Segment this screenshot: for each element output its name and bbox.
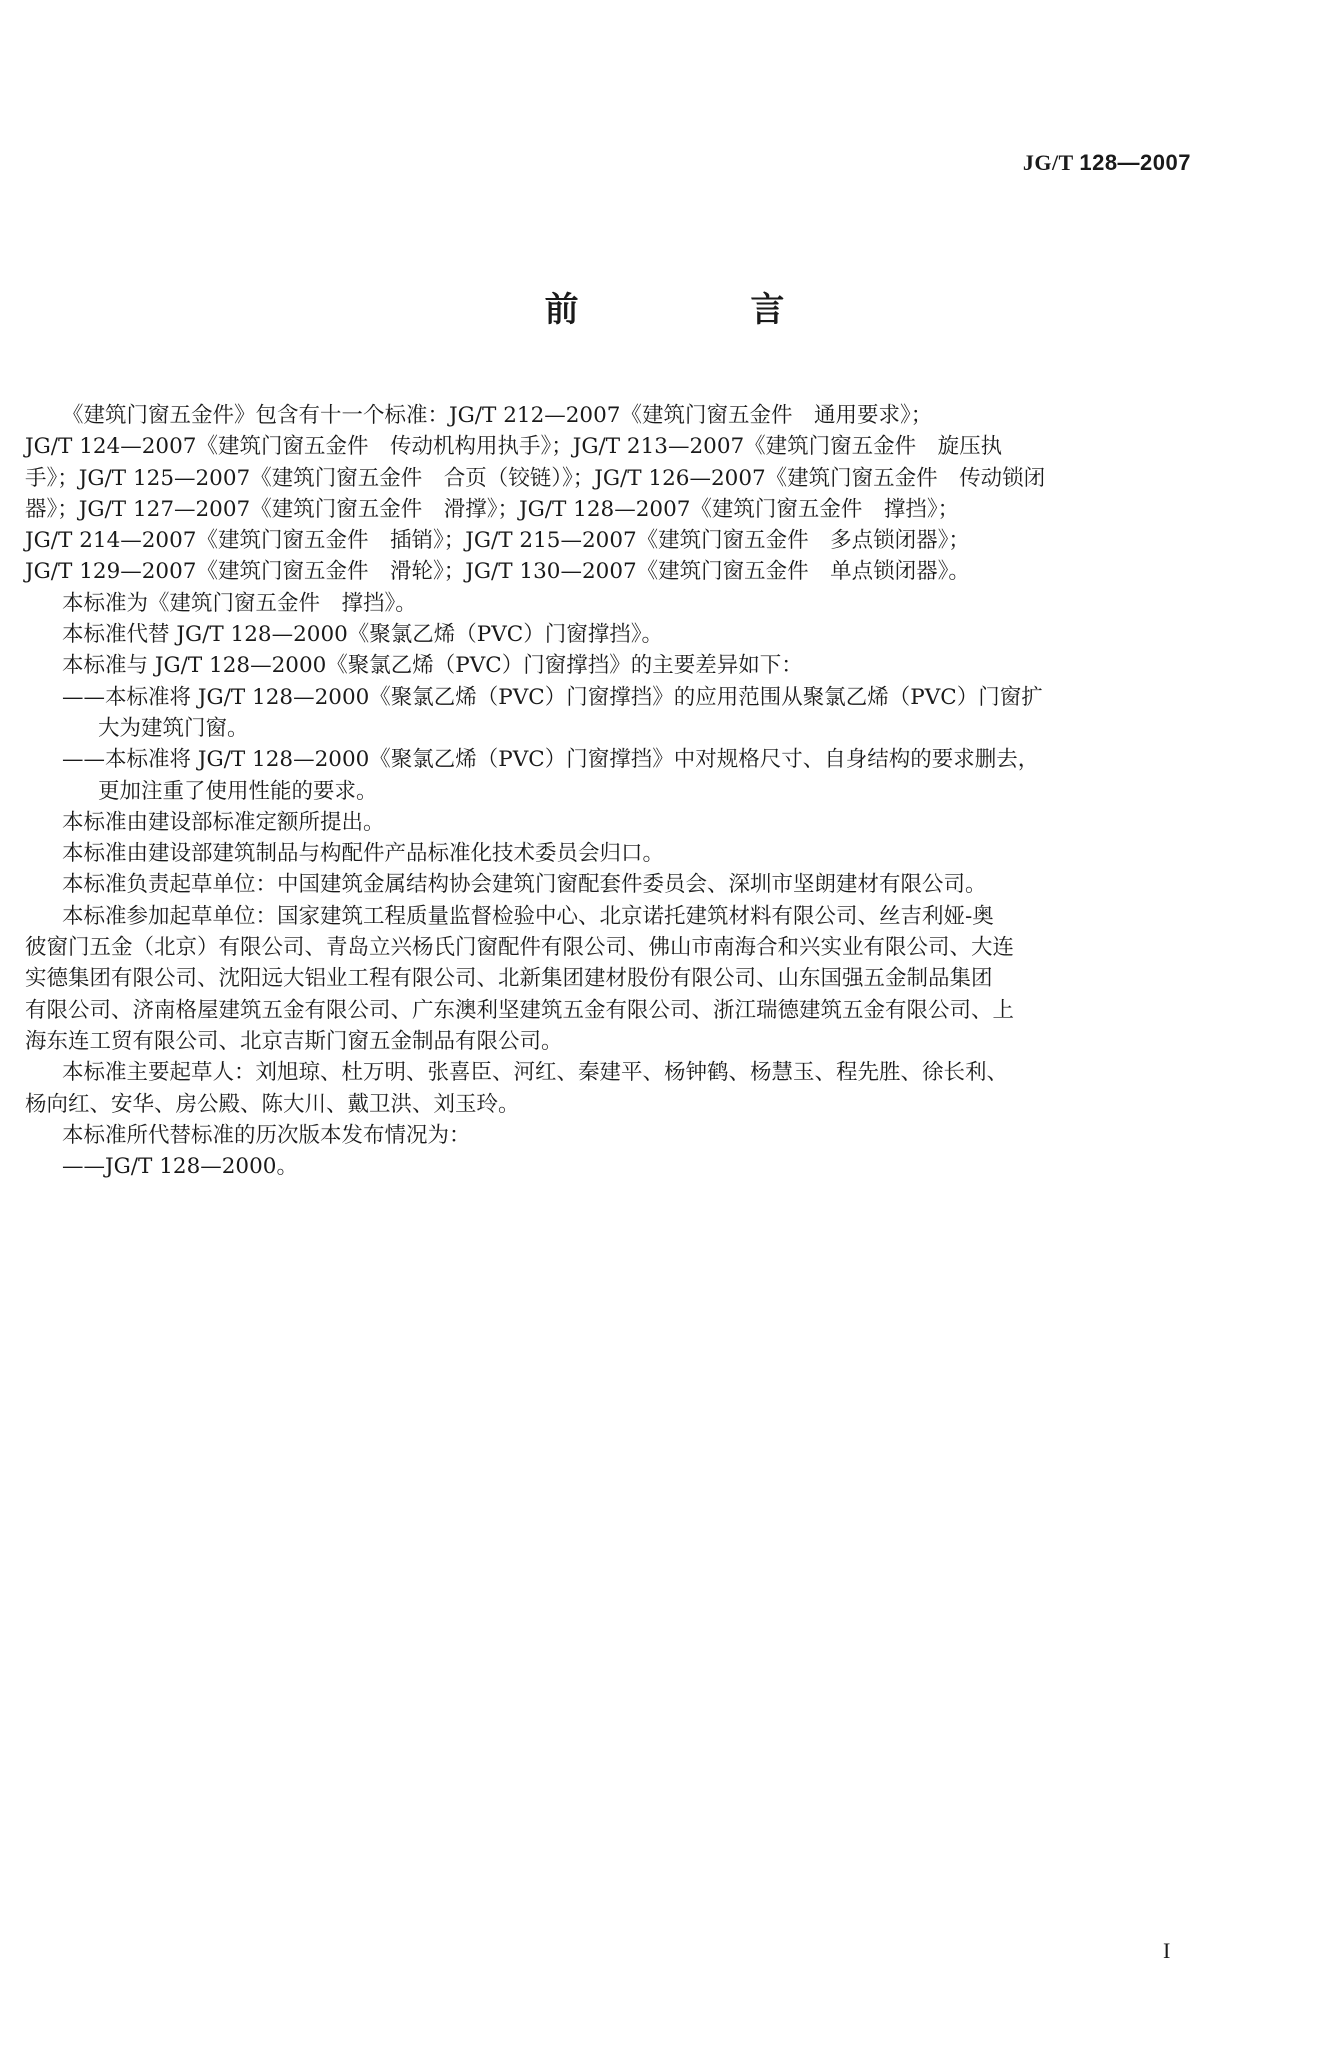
text-line: JG/T 129—2007《建筑门窗五金件 滑轮》；JG/T 130—2007《… bbox=[25, 556, 1193, 587]
paragraph: 本标准为《建筑门窗五金件 撑挡》。 bbox=[25, 588, 1193, 619]
foreword-body: 《建筑门窗五金件》包含有十一个标准：JG/T 212—2007《建筑门窗五金件 … bbox=[25, 400, 1193, 1182]
list-item: ——本标准将 JG/T 128—2000《聚氯乙烯（PVC）门窗撑挡》的应用范围… bbox=[25, 682, 1193, 713]
text-line: 《建筑门窗五金件》包含有十一个标准：JG/T 212—2007《建筑门窗五金件 … bbox=[25, 400, 1193, 431]
text-line: 实德集团有限公司、沈阳远大铝业工程有限公司、北新集团建材股份有限公司、山东国强五… bbox=[25, 963, 1193, 994]
text-line: 海东连工贸有限公司、北京吉斯门窗五金制品有限公司。 bbox=[25, 1026, 1193, 1057]
paragraph: 本标准所代替标准的历次版本发布情况为： bbox=[25, 1120, 1193, 1151]
text-line: 彼窗门五金（北京）有限公司、青岛立兴杨氏门窗配件有限公司、佛山市南海合和兴实业有… bbox=[25, 932, 1193, 963]
list-item-continuation: 更加注重了使用性能的要求。 bbox=[25, 776, 1193, 807]
list-item: ——JG/T 128—2000。 bbox=[25, 1151, 1193, 1182]
text-line: JG/T 124—2007《建筑门窗五金件 传动机构用执手》；JG/T 213—… bbox=[25, 431, 1193, 462]
text-line: 本标准参加起草单位：国家建筑工程质量监督检验中心、北京诺托建筑材料有限公司、丝吉… bbox=[25, 901, 1193, 932]
text-line: JG/T 214—2007《建筑门窗五金件 插销》；JG/T 215—2007《… bbox=[25, 525, 1193, 556]
page-title: 前 言 bbox=[0, 282, 1329, 331]
list-item: ——本标准将 JG/T 128—2000《聚氯乙烯（PVC）门窗撑挡》中对规格尺… bbox=[25, 744, 1193, 775]
text-line: 器》；JG/T 127—2007《建筑门窗五金件 滑撑》；JG/T 128—20… bbox=[25, 494, 1193, 525]
paragraph: 本标准负责起草单位：中国建筑金属结构协会建筑门窗配套件委员会、深圳市坚朗建材有限… bbox=[25, 869, 1193, 900]
page-number: I bbox=[1163, 1938, 1170, 1964]
list-item-continuation: 大为建筑门窗。 bbox=[25, 713, 1193, 744]
paragraph: 本标准代替 JG/T 128—2000《聚氯乙烯（PVC）门窗撑挡》。 bbox=[25, 619, 1193, 650]
text-line: 有限公司、济南格屋建筑五金有限公司、广东澳利坚建筑五金有限公司、浙江瑞德建筑五金… bbox=[25, 995, 1193, 1026]
paragraph: 本标准由建设部标准定额所提出。 bbox=[25, 807, 1193, 838]
standard-code-number: 128—2007 bbox=[1079, 150, 1191, 175]
text-line: 本标准主要起草人：刘旭琼、杜万明、张喜臣、河红、秦建平、杨钟鹤、杨慧玉、程先胜、… bbox=[25, 1057, 1193, 1088]
text-line: 杨向红、安华、房公殿、陈大川、戴卫洪、刘玉玲。 bbox=[25, 1089, 1193, 1120]
text-line: 手》；JG/T 125—2007《建筑门窗五金件 合页（铰链）》；JG/T 12… bbox=[25, 463, 1193, 494]
paragraph: 本标准与 JG/T 128—2000《聚氯乙烯（PVC）门窗撑挡》的主要差异如下… bbox=[25, 650, 1193, 681]
standard-code-prefix: JG/T bbox=[1023, 150, 1074, 175]
standard-code-header: JG/T 128—2007 bbox=[1023, 150, 1191, 176]
paragraph: 本标准由建设部建筑制品与构配件产品标准化技术委员会归口。 bbox=[25, 838, 1193, 869]
